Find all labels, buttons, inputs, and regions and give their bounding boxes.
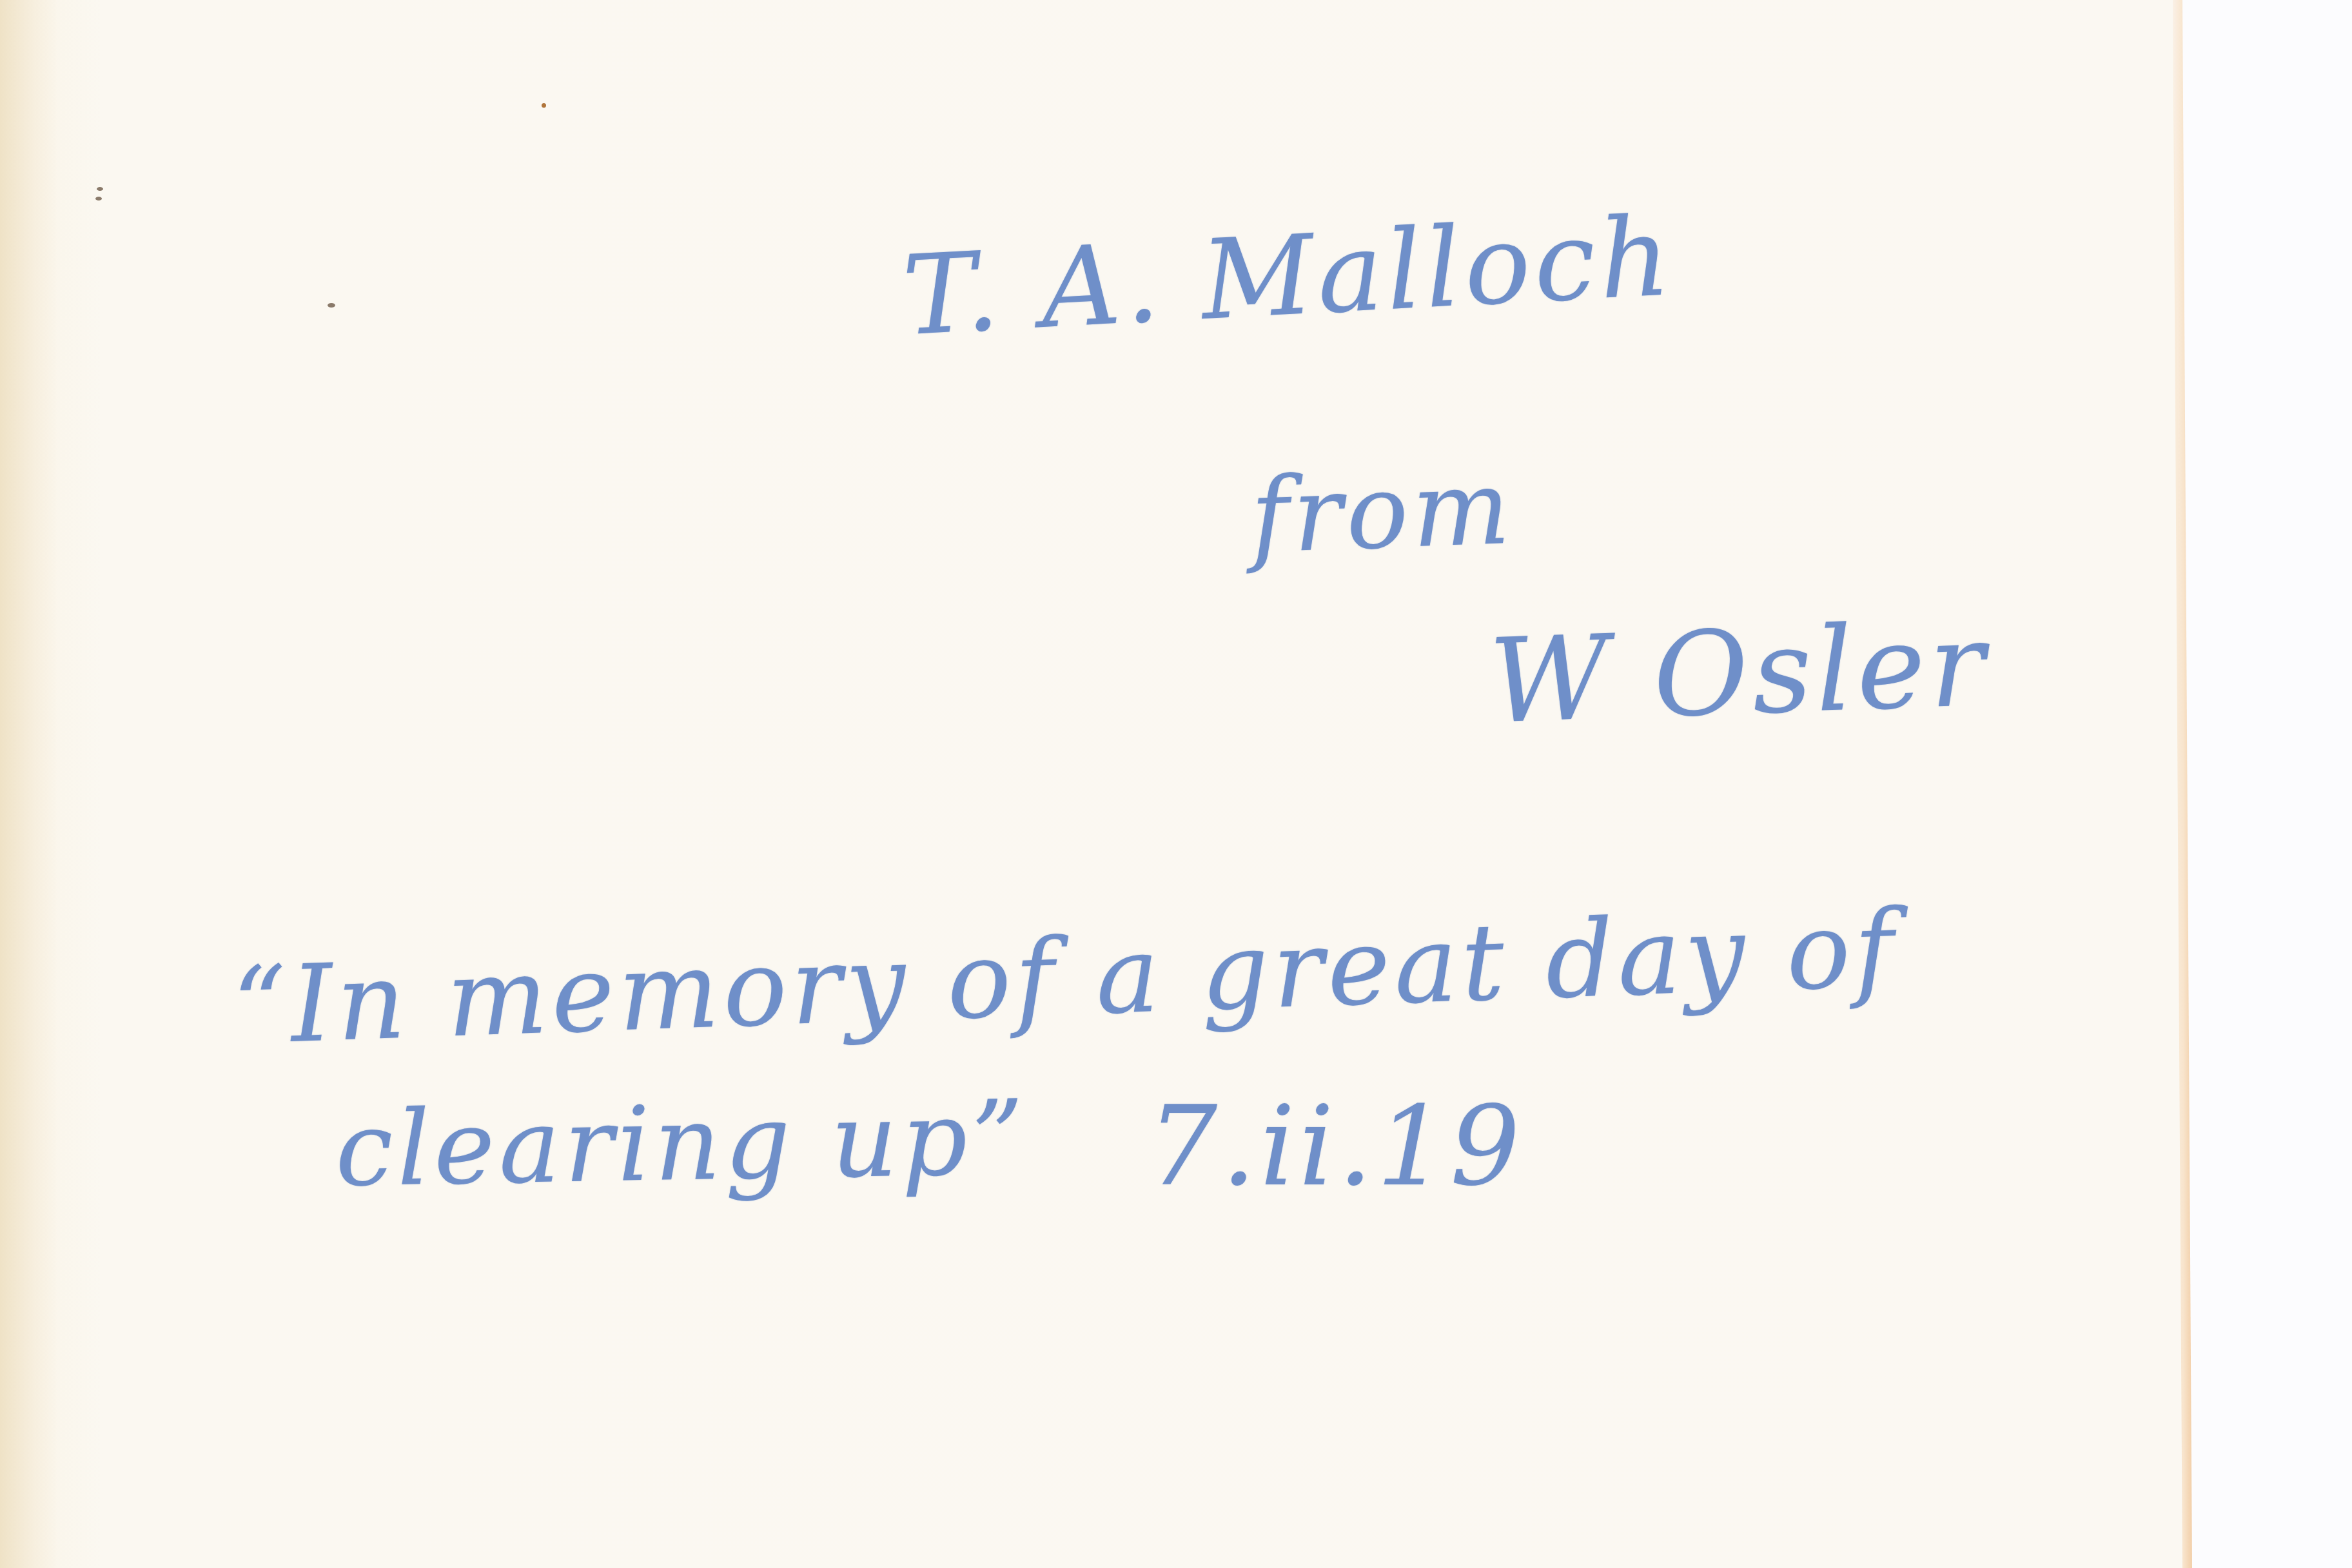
inscription-date: 7.ii.19 xyxy=(1148,1083,1524,1211)
book-gutter xyxy=(0,0,58,1568)
inscription-signature: W Osler xyxy=(1487,598,1991,750)
paper-speck xyxy=(542,103,546,108)
inscription-from: from xyxy=(1249,447,1516,576)
inscription-quote-line2: clearing up” xyxy=(334,1077,1028,1210)
paper-speck xyxy=(328,303,335,308)
paper-speck xyxy=(97,187,103,191)
paper-speck xyxy=(95,197,102,201)
